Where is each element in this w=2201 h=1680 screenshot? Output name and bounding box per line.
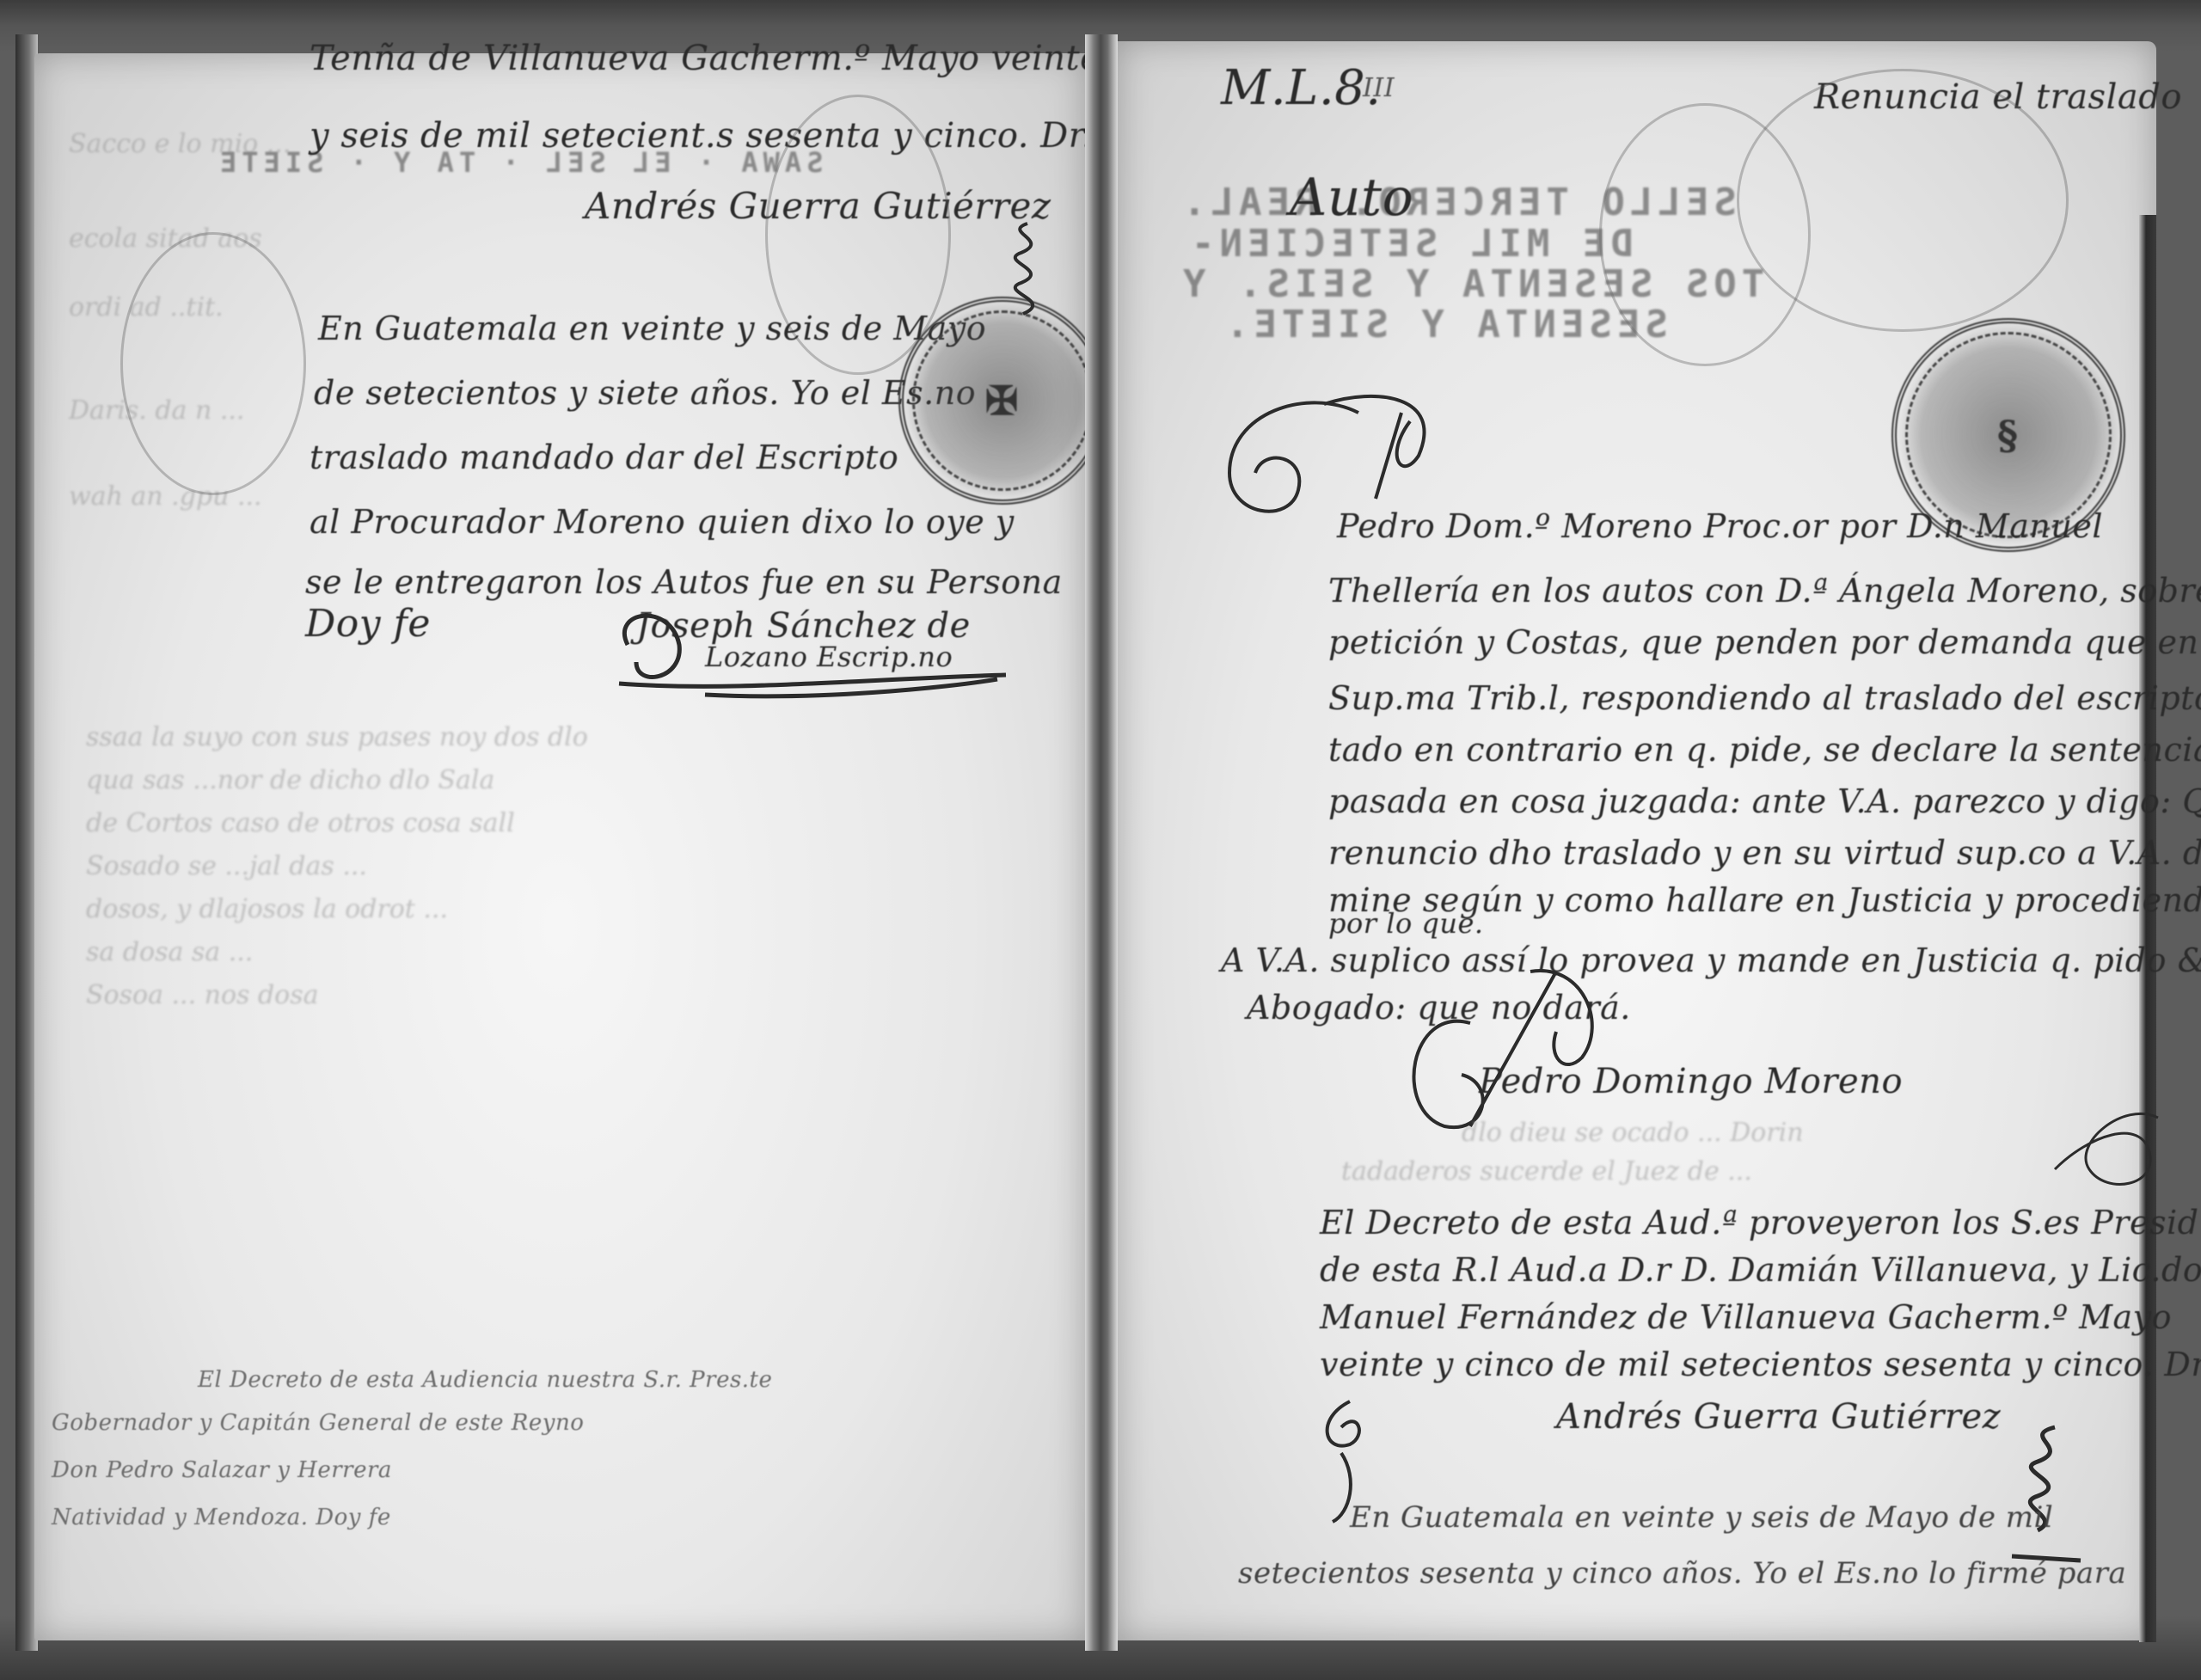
body-line-5: tado en contrario en q. pide, se declare…: [1328, 731, 2201, 769]
stamped-paper-line-3: TOS SESENTA Y SEIS. Y: [1178, 262, 1764, 306]
decree-signature: Andrés Guerra Gutiérrez: [1556, 1397, 2001, 1437]
left-line-6: traslado mandado dar del Escripto: [310, 438, 898, 476]
body-line-3: petición y Costas, que penden por demand…: [1328, 623, 2201, 661]
bottom-line-1: En Guatemala en veinte y seis de Mayo de…: [1350, 1500, 2053, 1535]
stamped-paper-line-1: SELLO TERCERO. REAL.: [1178, 181, 1737, 224]
left-faded-line-1: El Decreto de esta Audiencia nuestra S.r…: [198, 1367, 772, 1393]
bleed-through-text: sa dosa sa ...: [86, 937, 253, 967]
decree-line-2: de esta R.l Aud.a D.r D. Damián Villanue…: [1320, 1251, 2201, 1289]
left-faded-line-3: Don Pedro Salazar y Herrera: [52, 1457, 392, 1483]
book-edge-right: [2139, 215, 2156, 1642]
book-gutter: [1085, 34, 1118, 1651]
left-line-7: al Procurador Moreno quien dixo lo oye y: [310, 503, 1015, 541]
body-line-7: renuncio dho traslado y en su virtud sup…: [1328, 834, 2201, 872]
stamped-paper-line-2: DE MIL SETECIEN-: [1186, 222, 1634, 266]
bleed-through-text: de Cortos caso de otros cosa sall: [86, 808, 515, 838]
body-line-9: por lo que.: [1328, 907, 1484, 940]
faint-circle-mark: [1737, 69, 2069, 332]
left-faded-line-2: Gobernador y Capitán General de este Rey…: [52, 1410, 584, 1436]
left-line-1: Tenña de Villanueva Gacherm.º Mayo veint…: [310, 39, 1100, 78]
decree-line-1: El Decreto de esta Aud.ª proveyeron los …: [1320, 1204, 2201, 1242]
signature-flourish: [602, 593, 1032, 705]
left-line-5: de setecientos y siete años. Yo el Es.no: [314, 374, 976, 412]
bottom-line-2: setecientos sesenta y cinco años. Yo el …: [1238, 1556, 2126, 1591]
bleed-through-text: ssaa la suyo con sus pases noy dos dlo: [86, 722, 588, 752]
faint-circle-mark: [120, 232, 306, 495]
body-line-6: pasada en cosa juzgada: ante V.A. parezc…: [1328, 782, 2201, 820]
rubric-mark: [2003, 1419, 2089, 1573]
folio-marks: III: [1363, 73, 1395, 103]
left-faded-line-4: Natividad y Mendoza. Doy fe: [52, 1505, 391, 1530]
rubric-mark: [993, 215, 1062, 327]
body-line-1: Pedro Dom.º Moreno Proc.or por D.n Manue…: [1337, 507, 2103, 545]
bleed-through-text: tadaderos sucerde el Juez de ...: [1341, 1156, 1752, 1186]
bleed-through-text: dosos, y dlajosos la odrot ...: [86, 894, 448, 924]
signature-flourish: [1358, 954, 1702, 1144]
decree-line-4: veinte y cinco de mil setecientos sesent…: [1320, 1346, 2201, 1383]
stamped-paper-line-4: SESENTA Y SIETE.: [1221, 303, 1668, 346]
left-line-9: Doy fe: [305, 602, 431, 646]
decree-line-3: Manuel Fernández de Villanueva Gacherm.º…: [1320, 1298, 2172, 1336]
bleed-through-text: dlo dieu se ocado ... Dorin: [1462, 1118, 1804, 1148]
rubric-flourish: [2038, 1083, 2167, 1204]
ink-seal-left: ✠: [898, 297, 1107, 505]
bleed-through-text: Sosado se ...jal das ...: [86, 851, 367, 881]
signature-moreno: Pedro Domingo Moreno: [1479, 1062, 1903, 1101]
body-line-2: Thellería en los autos con D.ª Ángela Mo…: [1328, 572, 2201, 610]
left-line-4: En Guatemala en veinte y seis de Mayo: [318, 310, 986, 347]
left-line-2: y seis de mil setecient.s sesenta y cinc…: [310, 116, 1093, 156]
top-left-mark: M.L.8.: [1221, 60, 1382, 116]
bleed-through-text: qua sas ...nor de dicho dlo Sala: [86, 765, 494, 795]
bleed-through-text: Sosoa ... nos dosa: [86, 980, 319, 1010]
auto-heading: Auto: [1290, 168, 1413, 228]
body-line-4: Sup.ma Trib.l, respondiendo al traslado …: [1328, 679, 2201, 717]
